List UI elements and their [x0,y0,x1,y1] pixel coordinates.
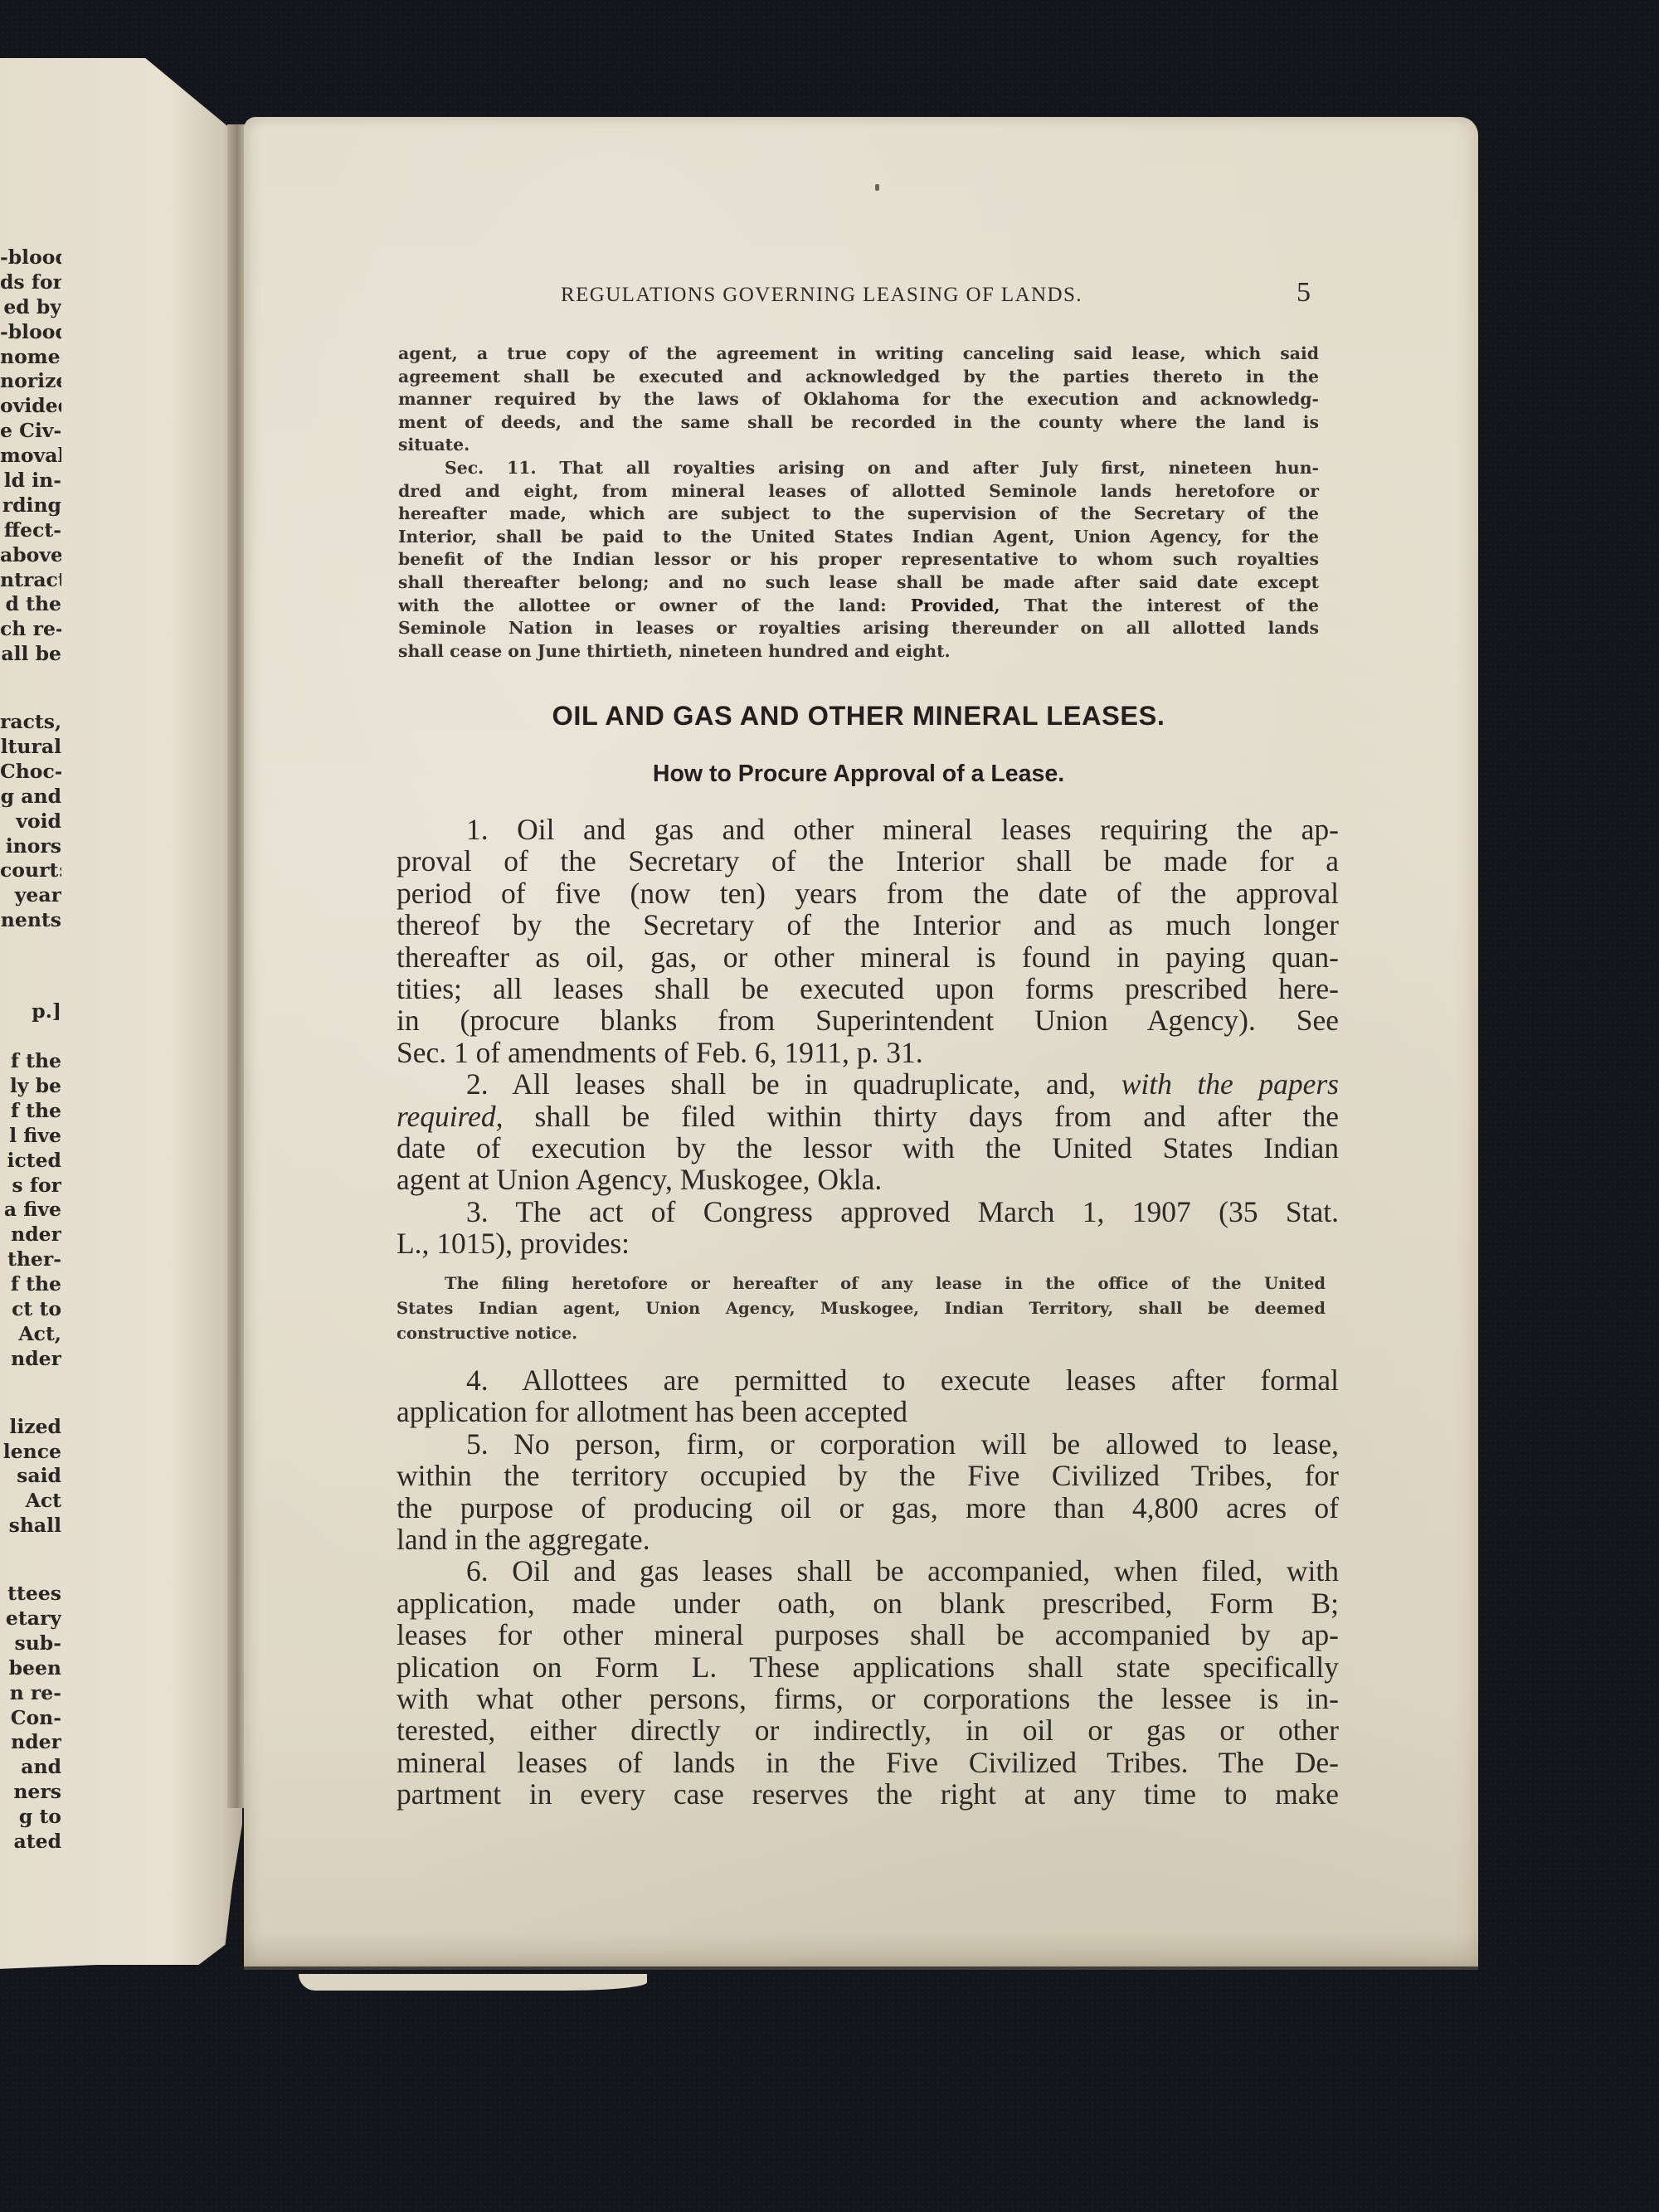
left-text-line: said [0,1464,61,1489]
provided-keyword: Provided, [911,596,1000,615]
left-text-line: been [0,1656,61,1681]
section-title: OIL AND GAS AND OTHER MINERAL LEASES. [398,701,1319,732]
left-text-line: s for [0,1174,61,1198]
section-11-paragraph: Sec. 11. That all royalties arising on a… [398,457,1319,663]
left-text-line: g to [0,1805,61,1830]
text-line: constructive notice. [397,1321,1326,1346]
text-line: date of execution by the lessor with the… [397,1132,1339,1164]
left-text-line: nder [0,1223,61,1247]
paper-speck [875,184,879,191]
left-text-line: Con- [0,1706,61,1731]
text-line: agreement shall be executed and acknowle… [398,366,1319,389]
left-text-line: -blood [0,246,61,270]
left-text-line: nents [0,908,61,933]
left-text-line: n re- [0,1681,61,1706]
left-text-line: nder [0,1347,61,1372]
text-line: 1. Oil and gas and other mineral leases … [397,814,1339,845]
left-text-line: ther- [0,1247,61,1272]
text-line: Interior, shall be paid to the United St… [398,526,1319,549]
item-2-line: 2. All leases shall be in quadruplicate,… [397,1068,1339,1100]
text-line: plication on Form L. These applications … [397,1651,1339,1683]
left-text-line: lence [0,1440,61,1465]
left-text-line: court: [0,858,61,883]
left-text-line: Act [0,1489,61,1514]
left-text-line: f the [0,1049,61,1074]
text-line: tities; all leases shall be executed upo… [397,973,1339,1004]
item-1: 1. Oil and gas and other mineral leases … [397,814,1339,1259]
left-text-line: above [0,543,61,568]
left-text-line: ntract [0,568,61,593]
text-line: ment of deeds, and the same shall be rec… [398,411,1319,435]
left-text-line: ltural [0,735,61,760]
left-text-line: year [0,883,61,908]
left-text-line: rding [0,493,61,518]
text-line: the purpose of producing oil or gas, mor… [397,1492,1339,1524]
text-line: with what other persons, firms, or corpo… [397,1683,1339,1714]
text-line: in (procure blanks from Superintendent U… [397,1004,1339,1036]
italic-run: with the papers [1121,1067,1339,1101]
paragraph-gap [0,933,61,999]
text-line: thereof by the Secretary of the Interior… [397,909,1339,941]
subsection-title: How to Procure Approval of a Lease. [398,761,1319,788]
page-curl [299,1974,647,1991]
text-line: shall cease on June thirtieth, nineteen … [398,640,1319,664]
left-text-line: ch re- [0,617,61,642]
item-2-line: required, shall be filed within thirty d… [397,1101,1339,1132]
left-text-line: p.] [0,999,61,1024]
text-line: mineral leases of lands in the Five Civi… [397,1747,1339,1778]
text-line: situate. [398,434,1319,457]
left-text-line: f the [0,1099,61,1124]
left-text-line: ed by [0,295,61,320]
text-line: agent, a true copy of the agreement in w… [398,343,1319,366]
left-text-line: void [0,809,61,834]
text-line: land in the aggregate. [397,1524,1339,1555]
text-line: application for allotment has been accep… [397,1396,1339,1427]
page-bottom-shadow [244,1932,1478,1970]
text-line: proval of the Secretary of the Interior … [397,845,1339,877]
text-line: 3. The act of Congress approved March 1,… [397,1196,1339,1228]
left-text-line: sub- [0,1631,61,1656]
left-text-line: racts, [0,710,61,735]
left-text-line: moval [0,444,61,469]
text-line: partment in every case reserves the righ… [397,1778,1339,1810]
left-text-line: -blood [0,320,61,345]
text-run: That the interest of the [1000,596,1319,615]
left-text-line: a five [0,1198,61,1223]
text-line: shall thereafter belong; and no such lea… [398,571,1319,595]
left-text-line: ffect- [0,518,61,543]
left-text-line: Act, [0,1322,61,1347]
left-page-text-fragment: -bloodds fored by-bloodnome-norizeovided… [0,246,61,1855]
left-text-line: l five [0,1124,61,1149]
text-line: States Indian agent, Union Agency, Musko… [397,1296,1326,1321]
text-line: thereafter as oil, gas, or other mineral… [397,941,1339,973]
text-line: application, made under oath, on blank p… [397,1587,1339,1619]
left-text-line: e Civ- [0,419,61,444]
left-text-line: ners [0,1780,61,1805]
left-text-line: inors [0,834,61,859]
left-text-line: ds for [0,270,61,295]
text-line: benefit of the Indian lessor or his prop… [398,548,1319,571]
left-text-line: ovided [0,394,61,419]
text-run: 2. All leases shall be in quadruplicate,… [466,1067,1121,1101]
left-text-line: ttees [0,1582,61,1607]
paragraph-gap [0,1539,61,1582]
paragraph-gap [0,667,61,710]
page-number: 5 [1297,277,1311,309]
text-line: 6. Oil and gas leases shall be accompani… [397,1555,1339,1587]
text-line: Sec. 1 of amendments of Feb. 6, 1911, p.… [397,1037,1339,1068]
quoted-statute: The filing heretofore or hereafter of an… [397,1271,1326,1346]
text-line: The filing heretofore or hereafter of an… [397,1271,1326,1296]
paragraph-gap [0,1372,61,1415]
left-text-line: ct to [0,1297,61,1322]
items-4-to-6: 4. Allottees are permitted to execute le… [397,1364,1339,1810]
text-line: 5. No person, firm, or corporation will … [397,1428,1339,1460]
left-text-line: nder [0,1730,61,1755]
left-text-line: lized [0,1415,61,1440]
left-text-line: f the [0,1272,61,1297]
left-text-line: norize [0,369,61,394]
text-line: period of five (now ten) years from the … [397,878,1339,909]
italic-run: required, [397,1100,504,1133]
continued-paragraph: agent, a true copy of the agreement in w… [398,343,1319,457]
text-run: shall be filed within thirty days from a… [504,1100,1340,1133]
text-line-provided: with the allottee or owner of the land: … [398,595,1319,618]
left-text-line: shall [0,1514,61,1539]
left-text-line: icted [0,1149,61,1174]
paragraph-gap [0,1024,61,1049]
running-head: REGULATIONS GOVERNING LEASING OF LANDS. [561,284,1082,307]
left-text-line: g and [0,785,61,809]
left-text-line: ated [0,1830,61,1855]
text-line: dred and eight, from mineral leases of a… [398,480,1319,503]
text-line: within the territory occupied by the Fiv… [397,1460,1339,1491]
text-line: Sec. 11. That all royalties arising on a… [398,457,1319,480]
left-text-line: Choc- [0,760,61,785]
left-text-line: d the [0,592,61,617]
left-text-line: ld in- [0,469,61,493]
left-text-line: etary [0,1607,61,1631]
text-line: hereafter made, which are subject to the… [398,503,1319,526]
text-line: manner required by the laws of Oklahoma … [398,388,1319,411]
text-line: 4. Allottees are permitted to execute le… [397,1364,1339,1396]
text-line: agent at Union Agency, Muskogee, Okla. [397,1164,1339,1195]
left-text-line: all be [0,642,61,667]
text-line: Seminole Nation in leases or royalties a… [398,617,1319,640]
left-text-line: nome- [0,345,61,370]
left-text-line: ly be [0,1074,61,1099]
text-run: with the allottee or owner of the land: [398,596,911,615]
text-line: L., 1015), provides: [397,1228,1339,1259]
text-line: terested, either directly or indirectly,… [397,1714,1339,1746]
left-text-line: and [0,1755,61,1780]
text-line: leases for other mineral purposes shall … [397,1619,1339,1650]
